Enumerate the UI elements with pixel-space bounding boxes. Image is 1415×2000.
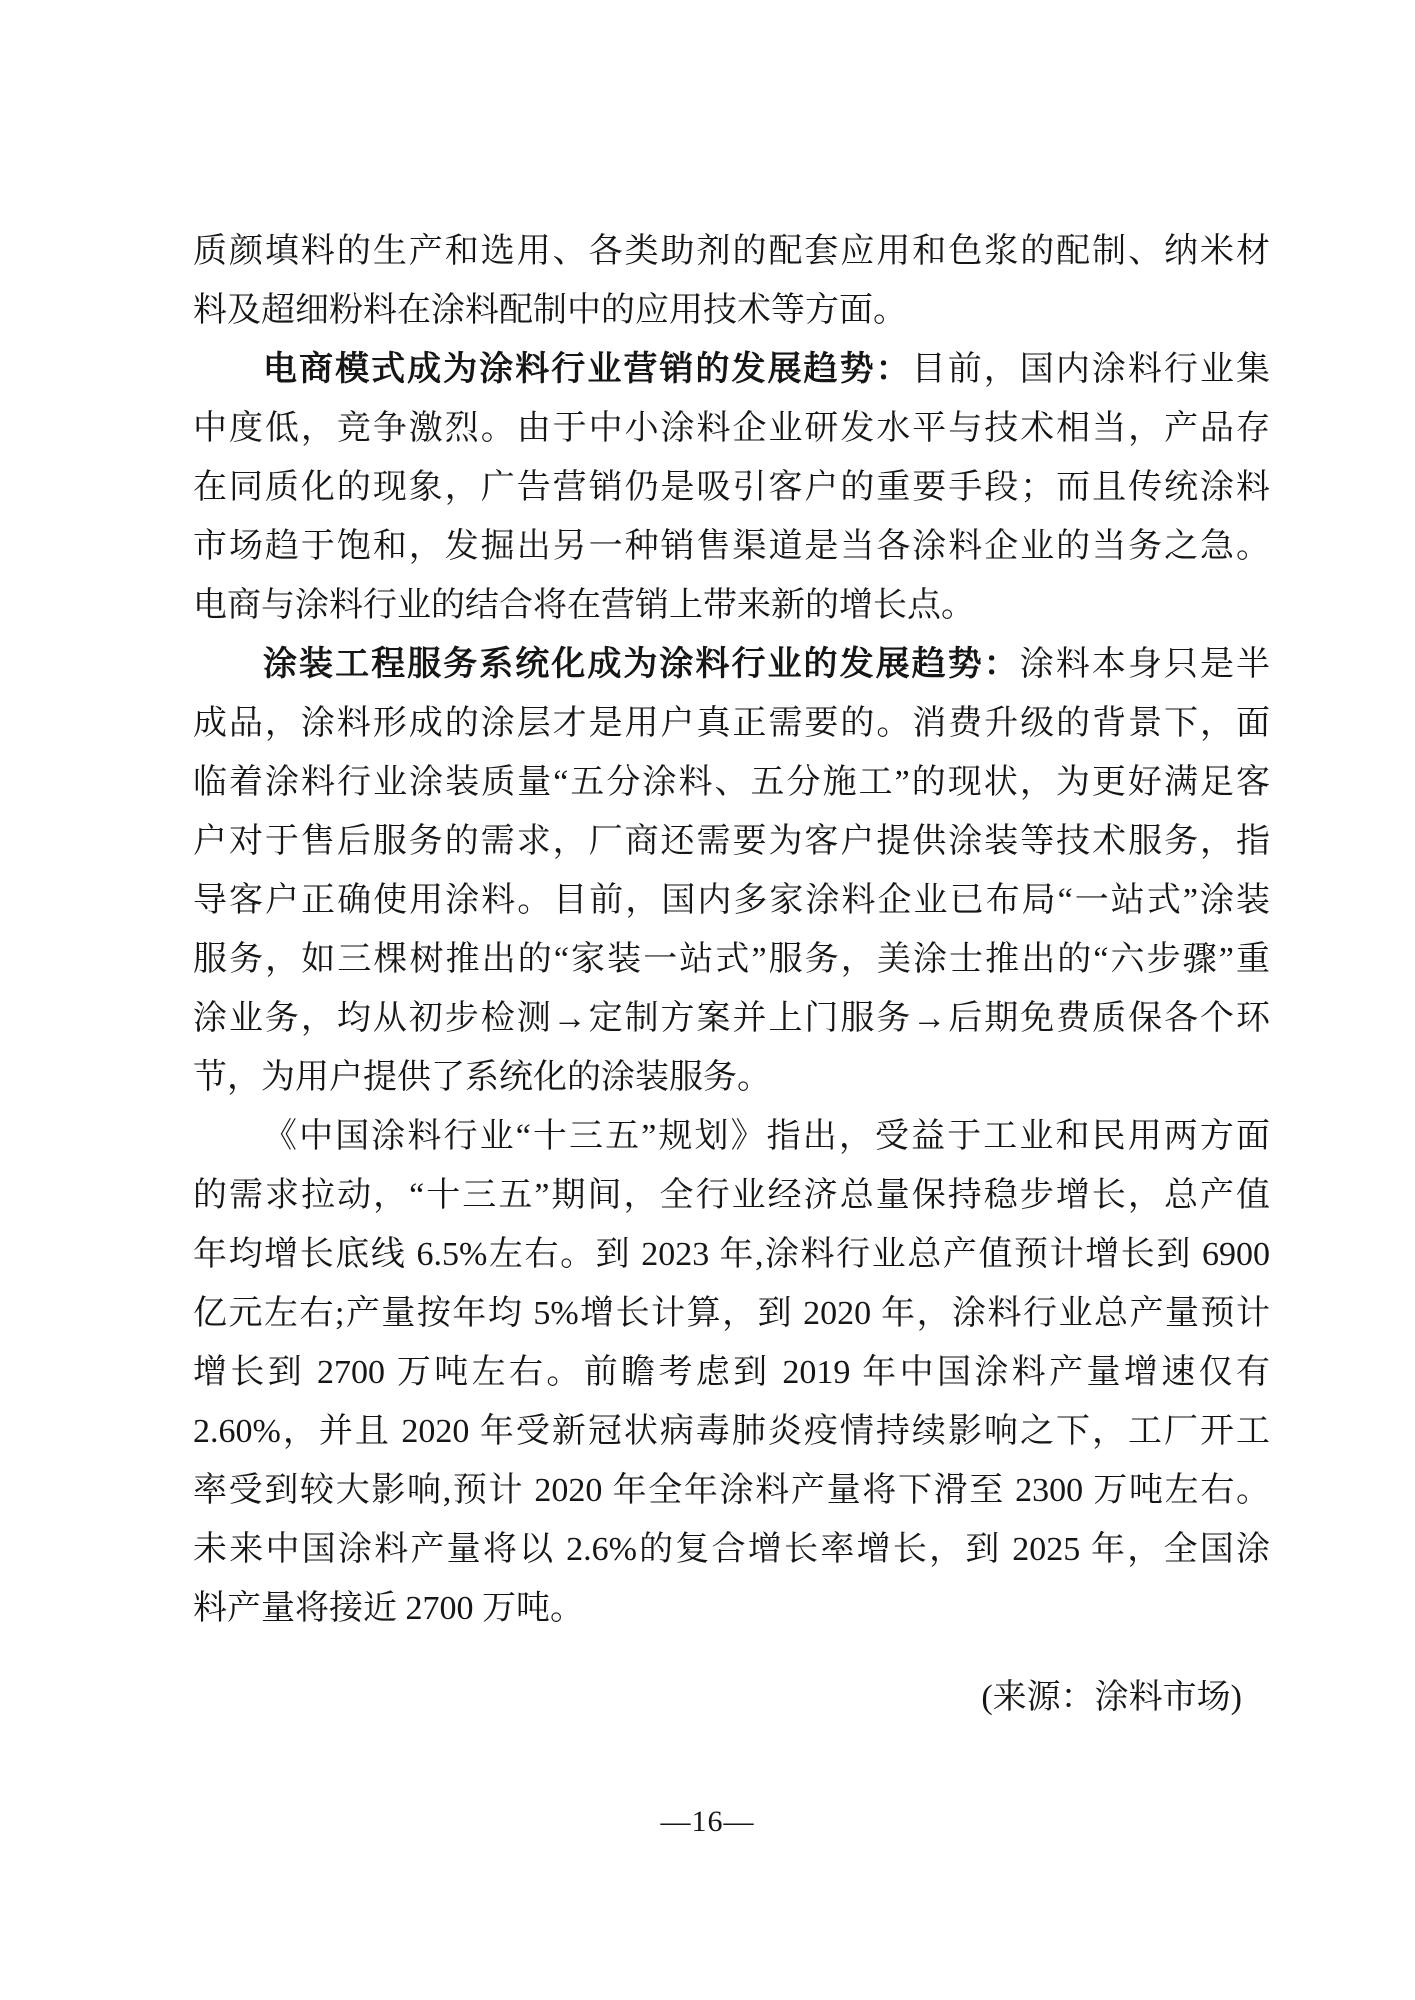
text-line: 涂装工程服务系统化成为涂料行业的发展趋势：涂料本身只是半	[193, 635, 1270, 694]
text-line: 未来中国涂料产量将以 2.6%的复合增长率增长，到 2025 年，全国涂	[193, 1520, 1270, 1579]
text-line: 节，为用户提供了系统化的涂装服务。	[193, 1048, 1270, 1107]
source-attribution: (来源：涂料市场)	[193, 1668, 1270, 1727]
text-line: 在同质化的现象，广告营销仍是吸引客户的重要手段；而且传统涂料	[193, 458, 1270, 517]
paragraph-lead-bold: 涂装工程服务系统化成为涂料行业的发展趋势：	[263, 646, 1020, 683]
text-line: 临着涂料行业涂装质量“五分涂料、五分施工”的现状，为更好满足客	[193, 753, 1270, 812]
text-line: 中度低，竞争激烈。由于中小涂料企业研发水平与技术相当，产品存	[193, 399, 1270, 458]
paragraph-lead-bold: 电商模式成为涂料行业营销的发展趋势：	[263, 351, 912, 388]
text-line: 质颜填料的生产和选用、各类助剂的配套应用和色浆的配制、纳米材	[193, 222, 1270, 281]
document-page: 质颜填料的生产和选用、各类助剂的配套应用和色浆的配制、纳米材料及超细粉料在涂料配…	[0, 0, 1415, 2000]
document-body: 质颜填料的生产和选用、各类助剂的配套应用和色浆的配制、纳米材料及超细粉料在涂料配…	[193, 222, 1270, 1638]
page-number: —16—	[0, 1805, 1415, 1839]
text-line: 电商与涂料行业的结合将在营销上带来新的增长点。	[193, 576, 1270, 635]
text-line: 料及超细粉料在涂料配制中的应用技术等方面。	[193, 281, 1270, 340]
text-line: 户对于售后服务的需求，厂商还需要为客户提供涂装等技术服务，指	[193, 812, 1270, 871]
text-line: 《中国涂料行业“十三五”规划》指出，受益于工业和民用两方面	[193, 1107, 1270, 1166]
text-line: 2.60%，并且 2020 年受新冠状病毒肺炎疫情持续影响之下，工厂开工	[193, 1402, 1270, 1461]
text-line: 电商模式成为涂料行业营销的发展趋势：目前，国内涂料行业集	[193, 340, 1270, 399]
text-line: 增长到 2700 万吨左右。前瞻考虑到 2019 年中国涂料产量增速仅有	[193, 1343, 1270, 1402]
text-line: 率受到较大影响,预计 2020 年全年涂料产量将下滑至 2300 万吨左右。	[193, 1461, 1270, 1520]
text-line: 成品，涂料形成的涂层才是用户真正需要的。消费升级的背景下，面	[193, 694, 1270, 753]
text-line: 的需求拉动，“十三五”期间，全行业经济总量保持稳步增长，总产值	[193, 1166, 1270, 1225]
text-line: 服务，如三棵树推出的“家装一站式”服务，美涂士推出的“六步骤”重	[193, 930, 1270, 989]
text-line: 料产量将接近 2700 万吨。	[193, 1579, 1270, 1638]
text-line: 市场趋于饱和，发掘出另一种销售渠道是当各涂料企业的当务之急。	[193, 517, 1270, 576]
text-line: 涂业务，均从初步检测→定制方案并上门服务→后期免费质保各个环	[193, 989, 1270, 1048]
text-line: 年均增长底线 6.5%左右。到 2023 年,涂料行业总产值预计增长到 6900	[193, 1225, 1270, 1284]
text-line: 亿元左右;产量按年均 5%增长计算，到 2020 年，涂料行业总产量预计	[193, 1284, 1270, 1343]
text-line: 导客户正确使用涂料。目前，国内多家涂料企业已布局“一站式”涂装	[193, 871, 1270, 930]
